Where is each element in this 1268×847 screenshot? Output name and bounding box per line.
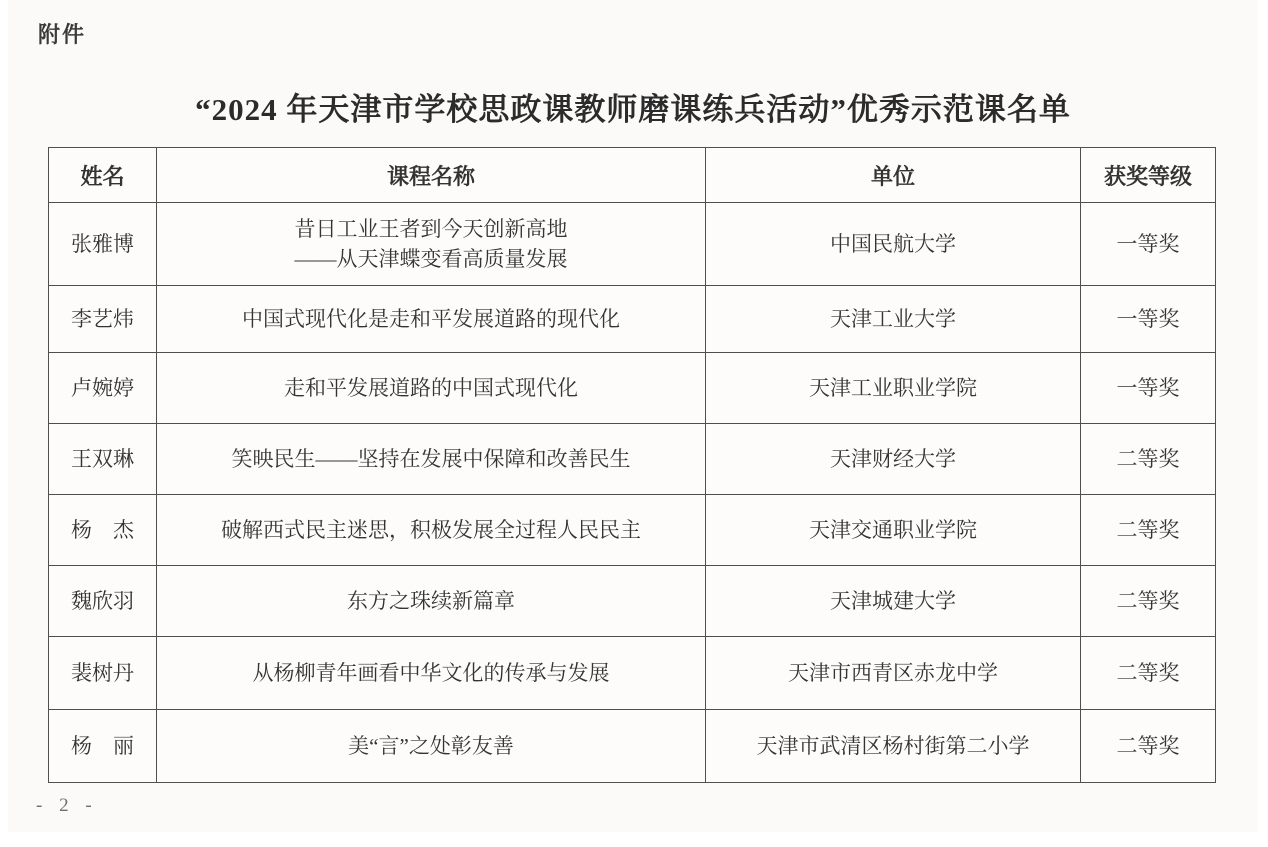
cell-name: 杨 丽: [49, 710, 157, 783]
cell-course: 昔日工业王者到今天创新高地 ——从天津蝶变看高质量发展: [157, 203, 706, 286]
cell-award: 二等奖: [1081, 710, 1216, 783]
cell-award: 二等奖: [1081, 424, 1216, 495]
table-row: 张雅博 昔日工业王者到今天创新高地 ——从天津蝶变看高质量发展 中国民航大学 一…: [49, 203, 1216, 286]
cell-course: 笑映民生——坚持在发展中保障和改善民生: [157, 424, 706, 495]
table-row: 裴树丹 从杨柳青年画看中华文化的传承与发展 天津市西青区赤龙中学 二等奖: [49, 637, 1216, 710]
cell-course: 走和平发展道路的中国式现代化: [157, 353, 706, 424]
cell-name: 张雅博: [49, 203, 157, 286]
cell-award: 一等奖: [1081, 353, 1216, 424]
column-header-award: 获奖等级: [1081, 148, 1216, 203]
column-header-unit: 单位: [706, 148, 1081, 203]
table-row: 王双琳 笑映民生——坚持在发展中保障和改善民生 天津财经大学 二等奖: [49, 424, 1216, 495]
table-header-row: 姓名 课程名称 单位 获奖等级: [49, 148, 1216, 203]
cell-unit: 天津工业大学: [706, 286, 1081, 353]
table-row: 杨 丽 美“言”之处彰友善 天津市武清区杨村街第二小学 二等奖: [49, 710, 1216, 783]
document-title: “2024 年天津市学校思政课教师磨课练兵活动”优秀示范课名单: [8, 84, 1258, 129]
cell-course: 破解西式民主迷思，积极发展全过程人民民主: [157, 495, 706, 566]
cell-unit: 天津工业职业学院: [706, 353, 1081, 424]
cell-unit: 中国民航大学: [706, 203, 1081, 286]
column-header-course: 课程名称: [157, 148, 706, 203]
cell-name: 魏欣羽: [49, 566, 157, 637]
column-header-name: 姓名: [49, 148, 157, 203]
cell-course: 从杨柳青年画看中华文化的传承与发展: [157, 637, 706, 710]
cell-course: 美“言”之处彰友善: [157, 710, 706, 783]
attachment-label: 附件: [38, 18, 86, 49]
cell-name: 卢婉婷: [49, 353, 157, 424]
cell-award: 一等奖: [1081, 203, 1216, 286]
cell-unit: 天津市西青区赤龙中学: [706, 637, 1081, 710]
cell-name: 李艺炜: [49, 286, 157, 353]
cell-award: 二等奖: [1081, 637, 1216, 710]
cell-unit: 天津市武清区杨村街第二小学: [706, 710, 1081, 783]
award-list-table: 姓名 课程名称 单位 获奖等级 张雅博 昔日工业王者到今天创新高地 ——从天津蝶…: [48, 147, 1216, 783]
cell-award: 二等奖: [1081, 495, 1216, 566]
document-page: 附件 “2024 年天津市学校思政课教师磨课练兵活动”优秀示范课名单 姓名 课程…: [8, 0, 1258, 832]
table-row: 杨 杰 破解西式民主迷思，积极发展全过程人民民主 天津交通职业学院 二等奖: [49, 495, 1216, 566]
table-row: 卢婉婷 走和平发展道路的中国式现代化 天津工业职业学院 一等奖: [49, 353, 1216, 424]
cell-name: 裴树丹: [49, 637, 157, 710]
table-row: 李艺炜 中国式现代化是走和平发展道路的现代化 天津工业大学 一等奖: [49, 286, 1216, 353]
table-row: 魏欣羽 东方之珠续新篇章 天津城建大学 二等奖: [49, 566, 1216, 637]
cell-unit: 天津交通职业学院: [706, 495, 1081, 566]
cell-unit: 天津城建大学: [706, 566, 1081, 637]
cell-course: 东方之珠续新篇章: [157, 566, 706, 637]
cell-course: 中国式现代化是走和平发展道路的现代化: [157, 286, 706, 353]
cell-award: 一等奖: [1081, 286, 1216, 353]
cell-unit: 天津财经大学: [706, 424, 1081, 495]
cell-name: 杨 杰: [49, 495, 157, 566]
cell-award: 二等奖: [1081, 566, 1216, 637]
cell-name: 王双琳: [49, 424, 157, 495]
page-number: - 2 -: [36, 795, 98, 817]
